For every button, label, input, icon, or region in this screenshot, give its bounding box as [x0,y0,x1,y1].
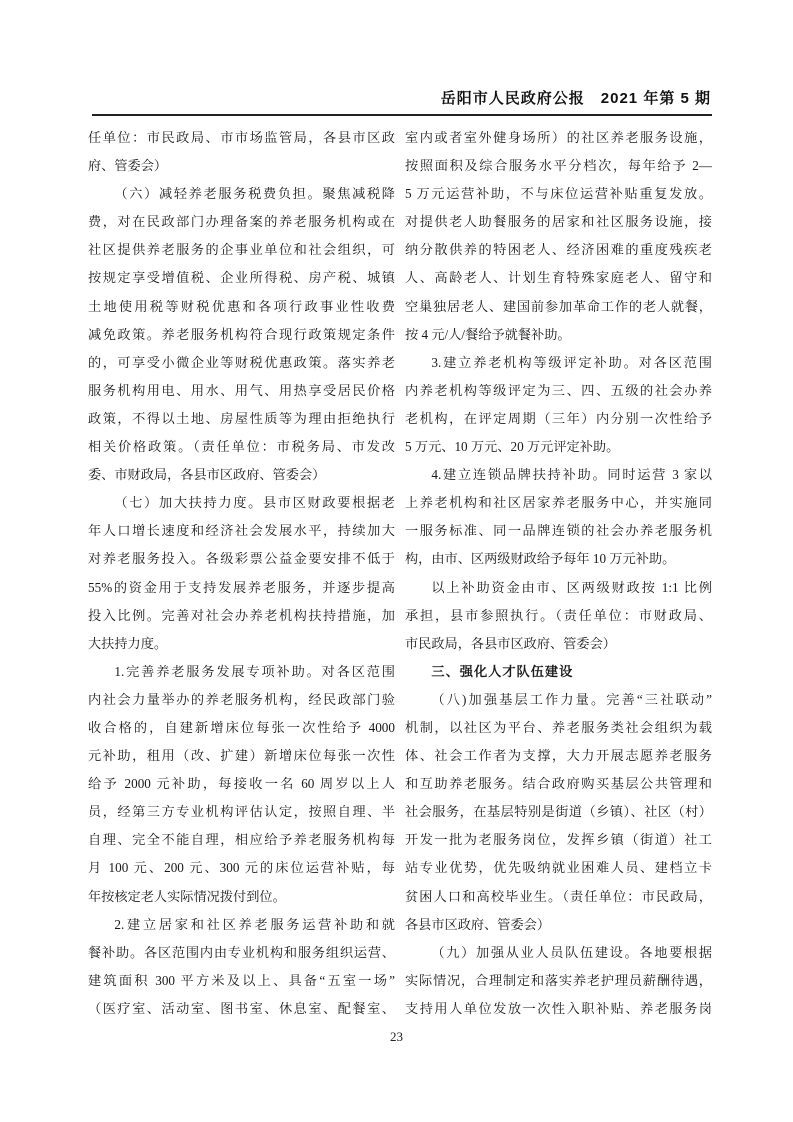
text-line: 各县市区政府、管委会） [405,911,712,939]
text-line: 室内或者室外健身场所）的社区养老服务设施， [405,124,712,152]
text-line: 人、高龄老人、计划生育特殊家庭老人、留守和 [405,264,712,292]
text-line: 贫困人口和高校毕业生。（责任单位：市民政局， [405,883,712,911]
text-line: 投入比例。完善对社会办养老机构扶持措施，加 [88,602,395,630]
text-line: 年按核定老人实际情况拨付到位。 [88,883,395,911]
text-line: 按 4 元/人/餐给予就餐补助。 [405,321,712,349]
text-line: 按照面积及综合服务水平分档次，每年给予 2— [405,152,712,180]
text-line: 和互助养老服务。结合政府购买基层公共管理和 [405,770,712,798]
text-line: 自理、完全不能自理，相应给予养老服务机构每 [88,826,395,854]
text-line: 的，可享受小微企业等财税优惠政策。落实养老 [88,349,395,377]
page-header-title: 岳阳市人民政府公报 2021 年第 5 期 [441,87,711,108]
text-line: 上养老机构和社区居家养老服务中心，并实施同 [405,489,712,517]
text-line: 空巢独居老人、建国前参加革命工作的老人就餐， [405,293,712,321]
text-line: 承担，县市参照执行。（责任单位：市财政局、 [405,602,712,630]
text-line: 建筑面积 300 平方米及以上、具备“五室一场” [88,967,395,995]
text-line: 实际情况，合理制定和落实养老护理员薪酬待遇， [405,967,712,995]
text-line: （九）加强从业人员队伍建设。各地要根据 [405,939,712,967]
text-line: 年人口增长速度和经济社会发展水平，持续加大 [88,517,395,545]
text-line: 内养老机构等级评定为三、四、五级的社会办养 [405,377,712,405]
text-line: 收合格的，自建新增床位每张一次性给予 4000 [88,714,395,742]
text-line: 4.建立连锁品牌扶持补助。同时运营 3 家以 [405,461,712,489]
right-column: 室内或者室外健身场所）的社区养老服务设施， 按照面积及综合服务水平分档次，每年给… [405,124,712,1023]
text-line: 元补助，租用（改、扩建）新增床位每张一次性 [88,742,395,770]
text-line: 社会服务，在基层特别是街道（乡镇）、社区（村） [405,798,712,826]
text-line: 委、市财政局，各县市区政府、管委会） [88,461,395,489]
text-line: （七）加大扶持力度。县市区财政要根据老 [88,489,395,517]
text-line: 站专业优势，优先吸纳就业困难人员、建档立卡 [405,854,712,882]
text-line: 对提供老人助餐服务的居家和社区服务设施，接 [405,208,712,236]
text-line: 内社会力量举办的养老服务机构，经民政部门验 [88,686,395,714]
text-line: 构，由市、区两级财政给予每年 10 万元补助。 [405,545,712,573]
text-line: 员，经第三方专业机构评估认定，按照自理、半 [88,798,395,826]
left-column: 任单位：市民政局、市市场监管局，各县市区政 府、管委会） （六）减轻养老服务税费… [88,124,395,1023]
page-number: 23 [0,1029,793,1045]
text-line: 服务机构用电、用水、用气、用热享受居民价格 [88,377,395,405]
gazette-page: 岳阳市人民政府公报 2021 年第 5 期 任单位：市民政局、市市场监管局，各县… [0,0,793,1122]
text-line: 5 万元、10 万元、20 万元评定补助。 [405,433,712,461]
text-line: （八)加强基层工作力量。完善“三社联动” [405,686,712,714]
text-line: 给予 2000 元补助，每接收一名 60 周岁以上人 [88,770,395,798]
header-rule [92,114,712,116]
text-line: 开发一批为老服务岗位，发挥乡镇（街道）社工 [405,826,712,854]
text-line: 纳分散供养的特困老人、经济困难的重度残疾老 [405,236,712,264]
text-line: 月 100 元、200 元、300 元的床位运营补贴，每 [88,854,395,882]
text-line: 费，对在民政部门办理备案的养老服务机构或在 [88,208,395,236]
text-line: 政策，不得以土地、房屋性质等为理由拒绝执行 [88,405,395,433]
text-line: 按规定享受增值税、企业所得税、房产税、城镇 [88,264,395,292]
section-heading: 三、强化人才队伍建设 [405,658,712,686]
text-line: 老机构，在评定周期（三年）内分别一次性给予 [405,405,712,433]
text-line: 3.建立养老机构等级评定补助。对各区范围 [405,349,712,377]
text-line: （医疗室、活动室、图书室、休息室、配餐室、 [88,995,395,1023]
two-column-body: 任单位：市民政局、市市场监管局，各县市区政 府、管委会） （六）减轻养老服务税费… [88,124,712,1023]
text-line: 社区提供养老服务的企事业单位和社会组织，可 [88,236,395,264]
text-line: （六）减轻养老服务税费负担。聚焦减税降 [88,180,395,208]
text-line: 以上补助资金由市、区两级财政按 1:1 比例 [405,574,712,602]
text-line: 2.建立居家和社区养老服务运营补助和就 [88,911,395,939]
text-line: 大扶持力度。 [88,630,395,658]
text-line: 1.完善养老服务发展专项补助。对各区范围 [88,658,395,686]
text-line: 府、管委会） [88,152,395,180]
text-line: 一服务标准、同一品牌连锁的社会办养老服务机 [405,517,712,545]
text-line: 任单位：市民政局、市市场监管局，各县市区政 [88,124,395,152]
text-line: 5 万元运营补助，不与床位运营补贴重复发放。 [405,180,712,208]
text-line: 支持用人单位发放一次性入职补贴、养老服务岗 [405,995,712,1023]
text-line: 对养老服务投入。各级彩票公益金要安排不低于 [88,545,395,573]
text-line: 土地使用税等财税优惠和各项行政事业性收费 [88,293,395,321]
text-line: 餐补助。各区范围内由专业机构和服务组织运营、 [88,939,395,967]
text-line: 体、社会工作者为支撑，大力开展志愿养老服务 [405,742,712,770]
text-line: 相关价格政策。（责任单位：市税务局、市发改 [88,433,395,461]
text-line: 减免政策。养老服务机构符合现行政策规定条件 [88,321,395,349]
text-line: 55%的资金用于支持发展养老服务，并逐步提高 [88,574,395,602]
text-line: 市民政局，各县市区政府、管委会） [405,630,712,658]
text-line: 机制，以社区为平台、养老服务类社会组织为载 [405,714,712,742]
